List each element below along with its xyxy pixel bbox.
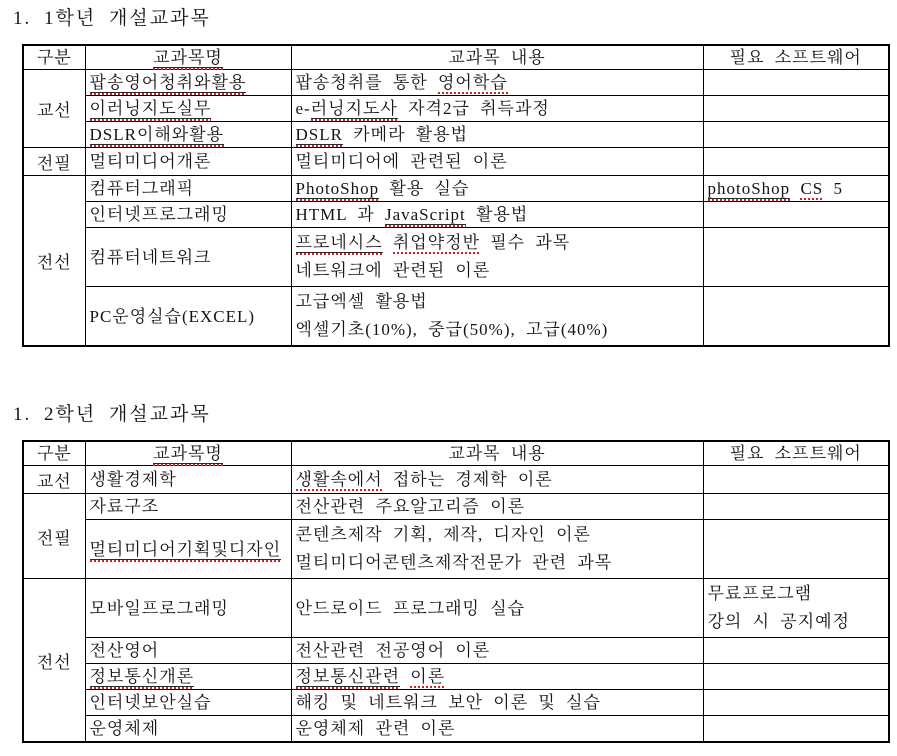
text-run: 무료프로그램	[708, 584, 813, 603]
table-row: 컴퓨터네트워크프로네시스 취업약정반 필수 과목네트워크에 관련된 이론	[23, 228, 889, 287]
text-run	[790, 179, 800, 198]
text-line: 콘텐츠제작 기획, 제작, 디자인 이론	[296, 521, 699, 549]
course-table-year1: 구분교과목명교과목 내용필요 소프트웨어교선팝송영어청취와활용팝송청취를 통한 …	[22, 44, 890, 347]
text-line: 컴퓨터그래픽	[90, 177, 287, 200]
table-row: 멀티미디어기획및디자인콘텐츠제작 기획, 제작, 디자인 이론멀티미디어콘텐츠제…	[23, 520, 889, 579]
text-run: 해킹 및 네트워크 보안 이론 및 실습	[296, 693, 601, 712]
spellcheck-flagged-word: 영어학습	[438, 73, 508, 94]
column-header: 교과목명	[85, 45, 291, 70]
course-content-cell: 콘텐츠제작 기획, 제작, 디자인 이론멀티미디어콘텐츠제작전문가 관련 과목	[291, 520, 703, 579]
text-run: 안드로이드 프로그래밍 실습	[296, 599, 526, 618]
column-header: 필요 소프트웨어	[703, 45, 889, 70]
column-header: 교과목명	[85, 441, 291, 466]
course-name-cell: DSLR이해와활용	[85, 122, 291, 148]
category-cell: 전선	[23, 579, 85, 743]
text-line: HTML 과 JavaScript 활용법	[296, 203, 699, 226]
course-name-cell: 정보통신개론	[85, 664, 291, 690]
table-row: 전선컴퓨터그래픽PhotoShop 활용 실습photoShop CS 5	[23, 176, 889, 202]
category-cell: 전필	[23, 148, 85, 176]
text-line: 멀티미디어기획및디자인	[90, 538, 287, 561]
category-cell: 교선	[23, 466, 85, 494]
text-line: 컴퓨터네트워크	[90, 246, 287, 269]
course-name-cell: 멀티미디어기획및디자인	[85, 520, 291, 579]
software-cell	[703, 228, 889, 287]
section-year1: 1. 1학년 개설교과목 구분교과목명교과목 내용필요 소프트웨어교선팝송영어청…	[0, 7, 897, 347]
text-line: 전산관련 전공영어 이론	[296, 639, 699, 662]
column-header: 구분	[23, 45, 85, 70]
text-run: 활용 실습	[379, 179, 469, 198]
course-content-cell: 생활속에서 접하는 경제학 이론	[291, 466, 703, 494]
text-line: 엑셀기초(10%), 중급(50%), 고급(40%)	[296, 316, 699, 344]
software-cell	[703, 148, 889, 176]
text-line: 인터넷프로그래밍	[90, 203, 287, 226]
spellcheck-flagged-word: 이론	[410, 667, 445, 688]
table-row: 교선생활경제학생활속에서 접하는 경제학 이론	[23, 466, 889, 494]
text-run: HTML 과	[296, 205, 385, 224]
table-row: 전선모바일프로그래밍안드로이드 프로그래밍 실습무료프로그램강의 시 공지예정	[23, 579, 889, 638]
text-run: 멀티미디어콘텐츠제작전문가 관련 과목	[296, 553, 613, 572]
course-name-cell: 운영체제	[85, 716, 291, 743]
software-cell	[703, 122, 889, 148]
header-row: 구분교과목명교과목 내용필요 소프트웨어	[23, 441, 889, 466]
text-run: 네트워크에 관련된 이론	[296, 261, 491, 280]
table-row: 정보통신개론정보통신관련 이론	[23, 664, 889, 690]
spellcheck-flagged-word: 취업약정반	[393, 233, 480, 254]
software-cell	[703, 664, 889, 690]
text-line: photoShop CS 5	[708, 177, 885, 200]
text-line: 전산관련 주요알고리즘 이론	[296, 495, 699, 518]
text-line: 인터넷보안실습	[90, 691, 287, 714]
text-run: 접하는 경제학 이론	[383, 470, 553, 489]
spellcheck-flagged-word: CS	[800, 179, 823, 200]
text-run: 활용법	[466, 205, 529, 224]
table-row: 전산영어전산관련 전공영어 이론	[23, 638, 889, 664]
text-run: 전산관련 전공영어 이론	[296, 641, 491, 660]
table-row: 전필자료구조전산관련 주요알고리즘 이론	[23, 494, 889, 520]
software-cell	[703, 520, 889, 579]
software-cell: photoShop CS 5	[703, 176, 889, 202]
course-content-cell: 전산관련 주요알고리즘 이론	[291, 494, 703, 520]
text-run: 콘텐츠제작 기획, 제작, 디자인 이론	[296, 525, 591, 544]
document-page: 1. 1학년 개설교과목 구분교과목명교과목 내용필요 소프트웨어교선팝송영어청…	[0, 0, 897, 743]
text-line: 멀티미디어개론	[90, 150, 287, 173]
text-line: 운영체제 관련 이론	[296, 717, 699, 740]
text-run: 컴퓨터그래픽	[90, 179, 195, 198]
text-line: DSLR 카메라 활용법	[296, 123, 699, 146]
text-line: 운영체제	[90, 717, 287, 740]
spellcheck-flagged-word: 정보통신관련	[296, 667, 401, 689]
software-cell	[703, 96, 889, 122]
section-title-year2: 1. 2학년 개설교과목	[13, 403, 897, 427]
course-content-cell: 안드로이드 프로그래밍 실습	[291, 579, 703, 638]
text-line: 강의 시 공지예정	[708, 608, 885, 636]
text-line: 팝송영어청취와활용	[90, 71, 287, 94]
text-line: PC운영실습(EXCEL)	[90, 305, 287, 328]
course-content-cell: 멀티미디어에 관련된 이론	[291, 148, 703, 176]
course-name-cell: 전산영어	[85, 638, 291, 664]
course-content-cell: DSLR 카메라 활용법	[291, 122, 703, 148]
table-row: 운영체제운영체제 관련 이론	[23, 716, 889, 743]
text-line: 안드로이드 프로그래밍 실습	[296, 597, 699, 620]
course-content-cell: 전산관련 전공영어 이론	[291, 638, 703, 664]
text-run: PC운영실습(EXCEL)	[90, 307, 256, 326]
text-run: 교과목 내용	[448, 48, 545, 67]
text-run: 팝송청취를 통한	[296, 73, 438, 92]
course-content-cell: 프로네시스 취업약정반 필수 과목네트워크에 관련된 이론	[291, 228, 703, 287]
text-line: 네트워크에 관련된 이론	[296, 257, 699, 285]
table-row: 인터넷프로그래밍HTML 과 JavaScript 활용법	[23, 202, 889, 228]
column-header: 교과목 내용	[291, 441, 703, 466]
text-line: 멀티미디어콘텐츠제작전문가 관련 과목	[296, 549, 699, 577]
header-row: 구분교과목명교과목 내용필요 소프트웨어	[23, 45, 889, 70]
course-name-cell: 컴퓨터네트워크	[85, 228, 291, 287]
section-year2: 1. 2학년 개설교과목 구분교과목명교과목 내용필요 소프트웨어교선생활경제학…	[0, 403, 897, 743]
course-name-cell: 모바일프로그래밍	[85, 579, 291, 638]
text-line: 팝송청취를 통한 영어학습	[296, 71, 699, 94]
text-run: 운영체제 관련 이론	[296, 719, 456, 738]
text-line: 자료구조	[90, 495, 287, 518]
spellcheck-flagged-word: 정보통신개론	[90, 667, 195, 689]
text-line: 정보통신관련 이론	[296, 665, 699, 688]
course-name-cell: 인터넷프로그래밍	[85, 202, 291, 228]
software-cell	[703, 690, 889, 716]
text-run: 고급엑셀 활용법	[296, 292, 428, 311]
text-line: 무료프로그램	[708, 580, 885, 608]
text-line: 정보통신개론	[90, 665, 287, 688]
text-run: 필요 소프트웨어	[730, 444, 862, 463]
table-row: 전필멀티미디어개론멀티미디어에 관련된 이론	[23, 148, 889, 176]
text-run: 인터넷프로그래밍	[90, 205, 229, 224]
column-header: 구분	[23, 441, 85, 466]
text-run	[383, 233, 393, 252]
course-content-cell: 정보통신관련 이론	[291, 664, 703, 690]
software-cell	[703, 638, 889, 664]
course-name-cell: 자료구조	[85, 494, 291, 520]
software-cell	[703, 716, 889, 743]
spellcheck-flagged-word: JavaScript	[385, 205, 466, 227]
text-line: 모바일프로그래밍	[90, 597, 287, 620]
software-cell	[703, 494, 889, 520]
category-cell: 전필	[23, 494, 85, 579]
text-run: 인터넷보안실습	[90, 693, 212, 712]
table-row: 이러닝지도실무e-러닝지도사 자격2급 취득과정	[23, 96, 889, 122]
category-cell: 전선	[23, 176, 85, 347]
course-name-cell: 컴퓨터그래픽	[85, 176, 291, 202]
spellcheck-flagged-word: DSLR	[296, 125, 343, 147]
software-cell	[703, 287, 889, 347]
text-line: 해킹 및 네트워크 보안 이론 및 실습	[296, 691, 699, 714]
text-line: 고급엑셀 활용법	[296, 288, 699, 316]
text-line: PhotoShop 활용 실습	[296, 177, 699, 200]
course-name-cell: 생활경제학	[85, 466, 291, 494]
text-run: 생활경제학	[90, 470, 177, 489]
software-cell	[703, 202, 889, 228]
course-name-cell: 이러닝지도실무	[85, 96, 291, 122]
text-line: 전산영어	[90, 639, 287, 662]
text-run: 필요 소프트웨어	[730, 48, 862, 67]
course-content-cell: 운영체제 관련 이론	[291, 716, 703, 743]
text-run: 교과목 내용	[448, 444, 545, 463]
text-run: 전산관련 주요알고리즘 이론	[296, 497, 526, 516]
column-header: 교과목 내용	[291, 45, 703, 70]
text-line: DSLR이해와활용	[90, 123, 287, 146]
text-run: 필수 과목	[480, 233, 570, 252]
text-run: 자격2급 취득과정	[398, 99, 550, 118]
spellcheck-flagged-word: 팝송영어청취와활용	[90, 73, 247, 95]
category-cell: 교선	[23, 70, 85, 148]
spellcheck-flagged-word: photoShop	[708, 179, 791, 201]
course-name-cell: 팝송영어청취와활용	[85, 70, 291, 96]
course-content-cell: e-러닝지도사 자격2급 취득과정	[291, 96, 703, 122]
text-line: 이러닝지도실무	[90, 97, 287, 120]
text-run: e-	[296, 99, 311, 118]
text-line: 프로네시스 취업약정반 필수 과목	[296, 229, 699, 257]
text-run: 카메라 활용법	[343, 125, 468, 144]
text-line: 멀티미디어에 관련된 이론	[296, 150, 699, 173]
spellcheck-flagged-word: 러닝지도사	[311, 99, 398, 121]
text-run: 5	[823, 179, 843, 198]
text-run: 운영체제	[90, 719, 160, 738]
table-row: PC운영실습(EXCEL)고급엑셀 활용법엑셀기초(10%), 중급(50%),…	[23, 287, 889, 347]
spellcheck-flagged-word: 멀티미디어기획및디자인	[90, 540, 282, 562]
course-content-cell: 고급엑셀 활용법엑셀기초(10%), 중급(50%), 고급(40%)	[291, 287, 703, 347]
text-run: 전산영어	[90, 641, 160, 660]
course-table-year2: 구분교과목명교과목 내용필요 소프트웨어교선생활경제학생활속에서 접하는 경제학…	[22, 440, 890, 743]
text-run: 모바일프로그래밍	[90, 599, 229, 618]
text-run: 구분	[37, 48, 72, 67]
spellcheck-flagged-word: 이러닝지도실무	[90, 99, 212, 121]
software-cell	[703, 466, 889, 494]
text-run: 멀티미디어개론	[90, 152, 212, 171]
text-run: 자료구조	[90, 497, 160, 516]
course-content-cell: PhotoShop 활용 실습	[291, 176, 703, 202]
text-run: 멀티미디어에 관련된 이론	[296, 152, 508, 171]
course-name-cell: 멀티미디어개론	[85, 148, 291, 176]
course-content-cell: HTML 과 JavaScript 활용법	[291, 202, 703, 228]
course-name-cell: PC운영실습(EXCEL)	[85, 287, 291, 347]
spellcheck-flagged-word: PhotoShop	[296, 179, 380, 201]
text-line: e-러닝지도사 자격2급 취득과정	[296, 97, 699, 120]
text-run: 컴퓨터네트워크	[90, 248, 212, 267]
text-run: 강의 시 공지예정	[708, 612, 850, 631]
table-row: 교선팝송영어청취와활용팝송청취를 통한 영어학습	[23, 70, 889, 96]
text-run: 엑셀기초(10%), 중급(50%), 고급(40%)	[296, 320, 609, 339]
text-run: 구분	[37, 444, 72, 463]
software-cell	[703, 70, 889, 96]
course-content-cell: 팝송청취를 통한 영어학습	[291, 70, 703, 96]
section-title-year1: 1. 1학년 개설교과목	[13, 7, 897, 31]
text-line: 생활속에서 접하는 경제학 이론	[296, 468, 699, 491]
spellcheck-flagged-word: 프로네시스	[296, 233, 383, 255]
text-line: 생활경제학	[90, 468, 287, 491]
spellcheck-flagged-word: DSLR이해와활용	[90, 125, 225, 147]
software-cell: 무료프로그램강의 시 공지예정	[703, 579, 889, 638]
spellcheck-flagged-word: 생활속에서	[296, 470, 383, 491]
spellcheck-flagged-word: 교과목명	[153, 48, 223, 70]
text-run	[400, 667, 410, 686]
table-row: DSLR이해와활용DSLR 카메라 활용법	[23, 122, 889, 148]
course-name-cell: 인터넷보안실습	[85, 690, 291, 716]
course-content-cell: 해킹 및 네트워크 보안 이론 및 실습	[291, 690, 703, 716]
spellcheck-flagged-word: 교과목명	[153, 444, 223, 466]
table-row: 인터넷보안실습해킹 및 네트워크 보안 이론 및 실습	[23, 690, 889, 716]
column-header: 필요 소프트웨어	[703, 441, 889, 466]
